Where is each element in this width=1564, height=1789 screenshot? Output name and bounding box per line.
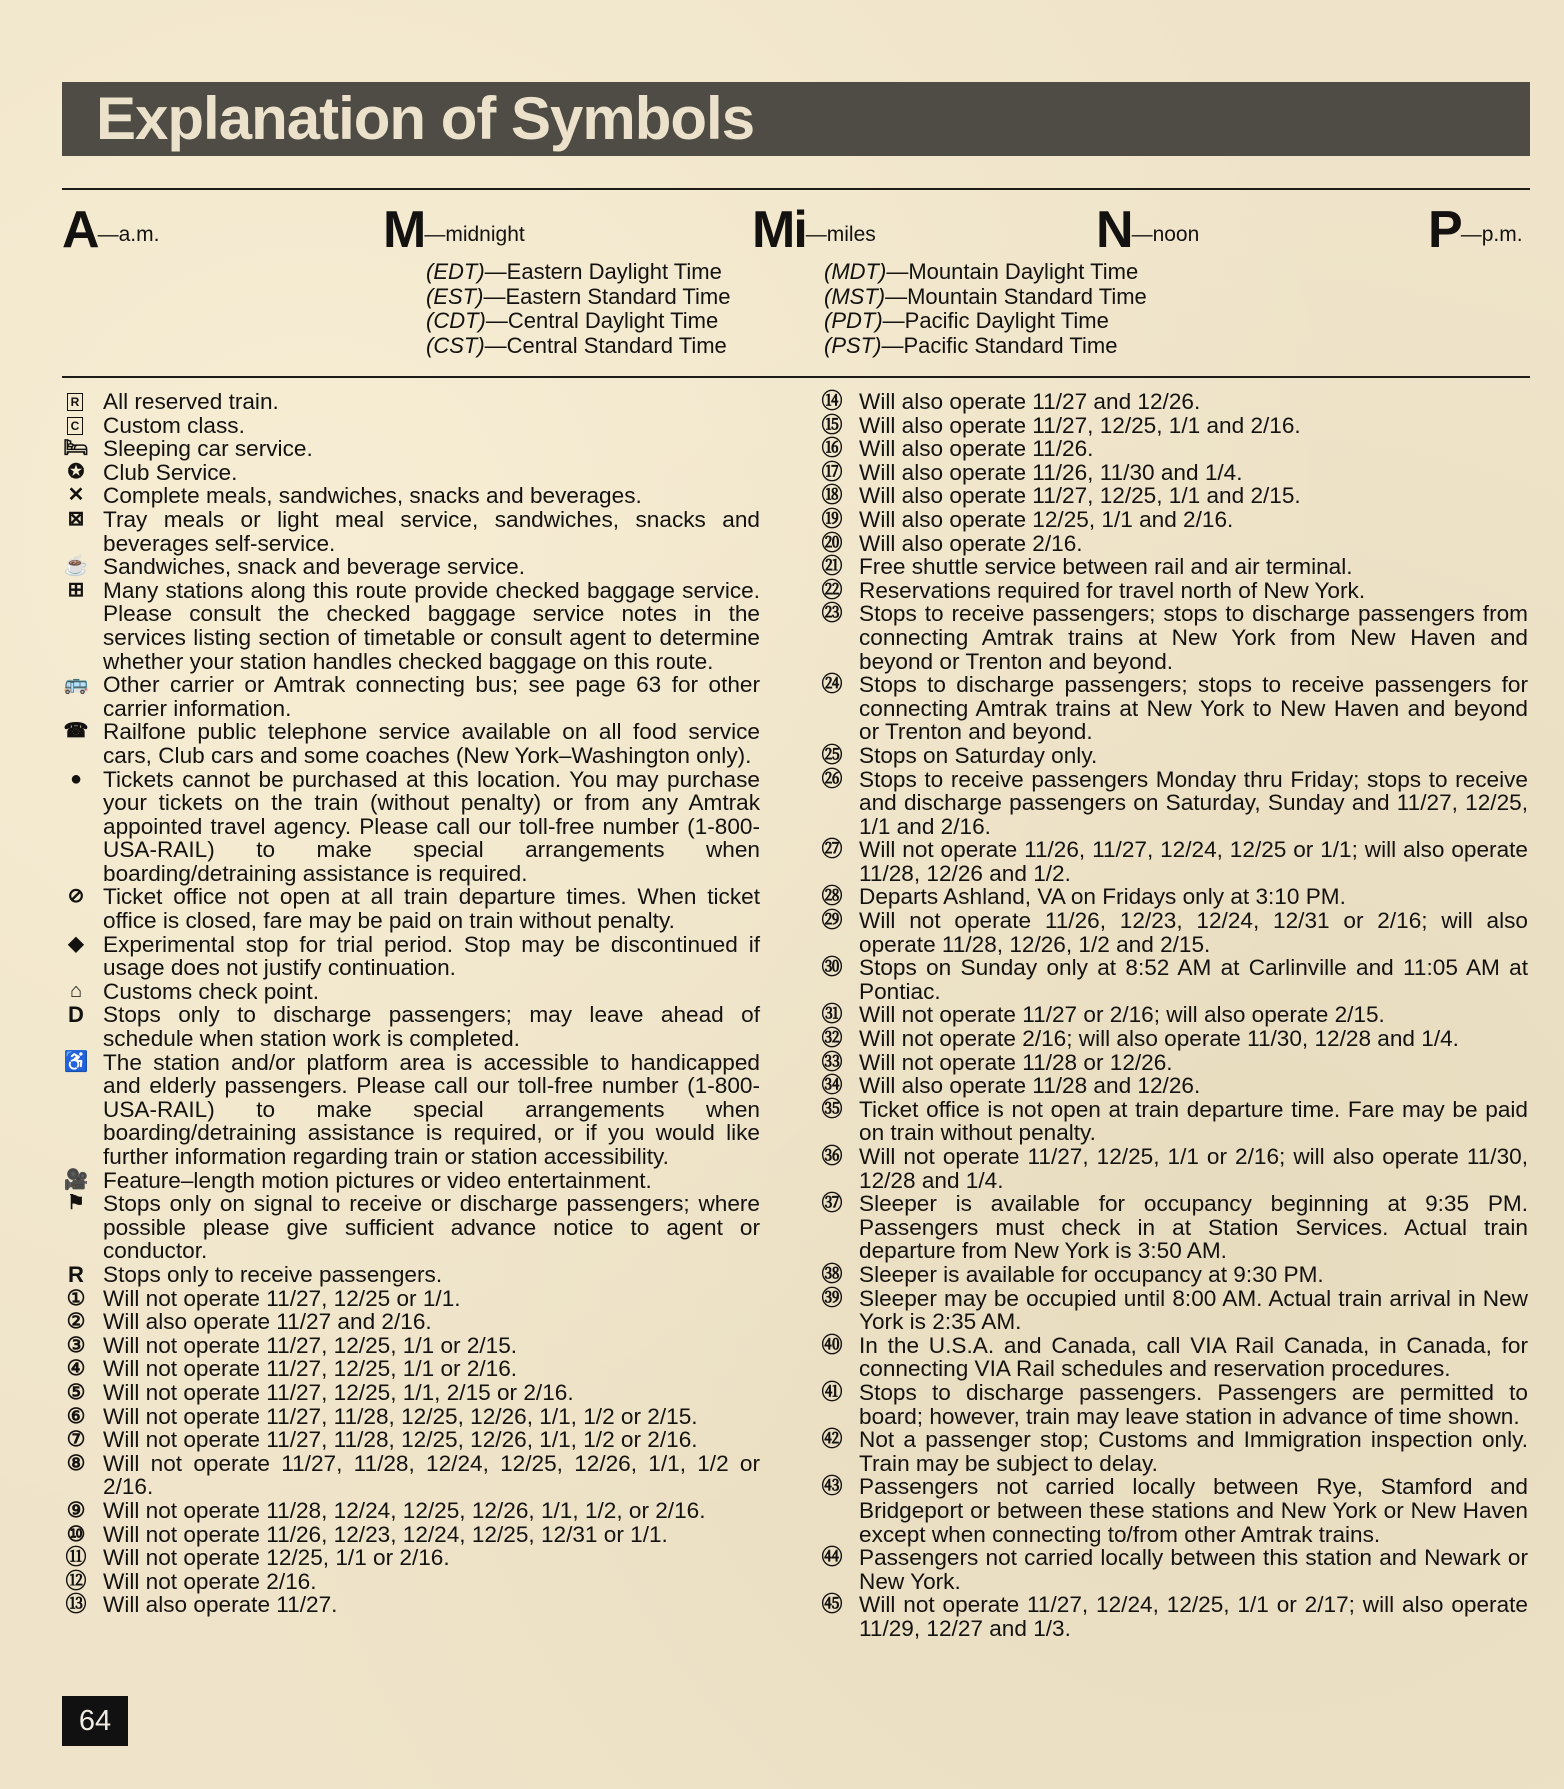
time-zone-name: —Eastern Standard Time — [483, 284, 730, 309]
symbol-entry: ♿The station and/or platform area is acc… — [62, 1051, 760, 1169]
complete-meals-icon: ✕ — [62, 484, 90, 508]
note-44-icon: ㊹ — [818, 1546, 846, 1570]
symbol-description: Will not operate 11/27, 12/25, 1/1, 2/15… — [103, 1380, 574, 1405]
bus-icon: 🚌 — [62, 673, 90, 697]
signal-flag-icon: ⚑ — [62, 1192, 90, 1216]
symbol-description: Will not operate 11/27, 12/25 or 1/1. — [103, 1286, 461, 1311]
note-39-icon: ㊴ — [818, 1287, 846, 1311]
time-zone-code: (PST) — [824, 333, 881, 358]
symbol-entry: ㉝Will not operate 11/28 or 12/26. — [818, 1051, 1528, 1075]
symbol-entry: ⊘Ticket office not open at all train dep… — [62, 885, 760, 932]
symbol-description: Railfone public telephone service availa… — [103, 719, 760, 768]
symbol-entry: ⑳Will also operate 2/16. — [818, 532, 1528, 556]
note-40-icon: ㊵ — [818, 1334, 846, 1358]
symbol-entry: ㉟Ticket office is not open at train depa… — [818, 1098, 1528, 1145]
sleeping-car-icon: 🛏 — [62, 437, 90, 461]
reserved-train-icon: R — [67, 393, 83, 411]
note-3-icon: ③ — [62, 1334, 90, 1358]
note-20-icon: ⑳ — [818, 532, 846, 556]
symbol-description: Will not operate 2/16; will also operate… — [859, 1026, 1459, 1051]
symbol-description: Sandwiches, snack and beverage service. — [103, 554, 525, 579]
symbol-entry: ⑮Will also operate 11/27, 12/25, 1/1 and… — [818, 414, 1528, 438]
time-zone-row: (MST)—Mountain Standard Time — [824, 285, 1147, 310]
note-4-icon: ④ — [62, 1357, 90, 1381]
note-25-icon: ㉕ — [818, 744, 846, 768]
symbol-description: Will also operate 11/27, 12/25, 1/1 and … — [859, 483, 1301, 508]
symbol-entry: 🚌Other carrier or Amtrak connecting bus;… — [62, 673, 760, 720]
note-26-icon: ㉖ — [818, 768, 846, 792]
customs-icon: ⌂ — [62, 980, 90, 1004]
note-7-icon: ⑦ — [62, 1428, 90, 1452]
symbol-description: The station and/or platform area is acce… — [103, 1050, 760, 1169]
note-28-icon: ㉘ — [818, 885, 846, 909]
symbol-entry: ㊱Will not operate 11/27, 12/25, 1/1 or 2… — [818, 1145, 1528, 1192]
note-13-icon: ⑬ — [62, 1593, 90, 1617]
note-24-icon: ㉔ — [818, 673, 846, 697]
symbol-description: Stops on Saturday only. — [859, 743, 1097, 768]
time-zones-eastern-central: (EDT)—Eastern Daylight Time(EST)—Eastern… — [426, 260, 730, 358]
note-6-icon: ⑥ — [62, 1405, 90, 1429]
time-zone-code: (CDT) — [426, 308, 486, 333]
symbol-description: Stops on Sunday only at 8:52 AM at Carli… — [859, 955, 1528, 1004]
symbol-description: Sleeping car service. — [103, 436, 313, 461]
symbol-entry: ③Will not operate 11/27, 12/25, 1/1 or 2… — [62, 1334, 760, 1358]
note-37-icon: ㊲ — [818, 1192, 846, 1216]
symbol-description: Will also operate 11/27, 12/25, 1/1 and … — [859, 413, 1301, 438]
symbol-entry: ⑧Will not operate 11/27, 11/28, 12/24, 1… — [62, 1452, 760, 1499]
symbol-entry: ㉜Will not operate 2/16; will also operat… — [818, 1027, 1528, 1051]
symbol-entry: ⑨Will not operate 11/28, 12/24, 12/25, 1… — [62, 1499, 760, 1523]
note-23-icon: ㉓ — [818, 602, 846, 626]
time-zone-name: —Mountain Standard Time — [885, 284, 1147, 309]
symbol-description: Ticket office is not open at train depar… — [859, 1097, 1528, 1146]
symbol-description: Will not operate 11/26, 12/23, 12/24, 12… — [859, 908, 1528, 957]
symbol-entry: ☎Railfone public telephone service avail… — [62, 720, 760, 767]
note-32-icon: ㉜ — [818, 1027, 846, 1051]
symbol-description: Will not operate 11/27, 12/25, 1/1 or 2/… — [859, 1144, 1528, 1193]
telephone-icon: ☎ — [62, 720, 90, 744]
symbol-description: Will not operate 11/27, 11/28, 12/25, 12… — [103, 1427, 698, 1452]
symbol-entry: ⑤Will not operate 11/27, 12/25, 1/1, 2/1… — [62, 1381, 760, 1405]
sandwich-snack-icon: ☕ — [62, 555, 90, 579]
time-zone-row: (CST)—Central Standard Time — [426, 334, 730, 359]
symbol-entry: ㊸Passengers not carried locally between … — [818, 1475, 1528, 1546]
symbol-entry: ⑩Will not operate 11/26, 12/23, 12/24, 1… — [62, 1523, 760, 1547]
symbol-entry: ㉒Reservations required for travel north … — [818, 579, 1528, 603]
symbol-entry: ㉚Stops on Sunday only at 8:52 AM at Carl… — [818, 956, 1528, 1003]
symbol-description: Not a passenger stop; Customs and Immigr… — [859, 1427, 1528, 1476]
symbol-entry: ㊹Passengers not carried locally between … — [818, 1546, 1528, 1593]
note-16-icon: ⑯ — [818, 437, 846, 461]
symbol-entry: 🎥Feature–length motion pictures or video… — [62, 1169, 760, 1193]
time-zone-row: (PST)—Pacific Standard Time — [824, 334, 1147, 359]
symbol-entry: ㉖Stops to receive passengers Monday thru… — [818, 768, 1528, 839]
symbol-entry: 🛏Sleeping car service. — [62, 437, 760, 461]
note-42-icon: ㊷ — [818, 1428, 846, 1452]
note-5-icon: ⑤ — [62, 1381, 90, 1405]
symbol-description: Customs check point. — [103, 979, 319, 1004]
time-zone-row: (CDT)—Central Daylight Time — [426, 309, 730, 334]
symbol-description: Many stations along this route provide c… — [103, 578, 760, 674]
abbr-midnight: M—midnight — [383, 204, 525, 254]
note-18-icon: ⑱ — [818, 484, 846, 508]
abbr-miles: Mi—miles — [752, 204, 876, 254]
movie-camera-icon: 🎥 — [62, 1169, 90, 1193]
symbol-entry: ⑭Will also operate 11/27 and 12/26. — [818, 390, 1528, 414]
abbr-pm: P—p.m. — [1428, 204, 1523, 254]
symbol-description: In the U.S.A. and Canada, call VIA Rail … — [859, 1333, 1528, 1382]
note-29-icon: ㉙ — [818, 909, 846, 933]
symbol-description: Will not operate 11/27 or 2/16; will als… — [859, 1002, 1385, 1027]
note-12-icon: ⑫ — [62, 1570, 90, 1594]
symbol-description: Stops to receive passengers; stops to di… — [859, 601, 1528, 673]
symbol-description: Tickets cannot be purchased at this loca… — [103, 767, 760, 886]
ticket-office-icon: ⊘ — [62, 885, 90, 909]
symbol-description: Will not operate 11/27, 12/25, 1/1 or 2/… — [103, 1333, 517, 1358]
symbol-description: Will also operate 11/27. — [103, 1592, 337, 1617]
symbol-description: Stops to discharge passengers; stops to … — [859, 672, 1528, 744]
symbol-description: Will also operate 11/28 and 12/26. — [859, 1073, 1200, 1098]
tray-meals-icon: ⊠ — [62, 508, 90, 532]
symbol-entry: ㉙Will not operate 11/26, 12/23, 12/24, 1… — [818, 909, 1528, 956]
time-zone-name: —Pacific Daylight Time — [883, 308, 1109, 333]
symbol-description: Will also operate 2/16. — [859, 531, 1083, 556]
symbol-entry: ⑪Will not operate 12/25, 1/1 or 2/16. — [62, 1546, 760, 1570]
time-zone-code: (PDT) — [824, 308, 883, 333]
symbol-entry: ㉗Will not operate 11/26, 11/27, 12/24, 1… — [818, 838, 1528, 885]
symbol-entry: ⑯Will also operate 11/26. — [818, 437, 1528, 461]
symbol-description: Stops to discharge passengers. Passenger… — [859, 1380, 1528, 1429]
symbol-entry: ⊞Many stations along this route provide … — [62, 579, 760, 673]
time-zone-row: (PDT)—Pacific Daylight Time — [824, 309, 1147, 334]
note-33-icon: ㉝ — [818, 1051, 846, 1075]
symbol-description: Stops only to discharge passengers; may … — [103, 1002, 760, 1051]
symbol-entry: ㊳Sleeper is available for occupancy at 9… — [818, 1263, 1528, 1287]
symbol-entry: ④Will not operate 11/27, 12/25, 1/1 or 2… — [62, 1357, 760, 1381]
symbol-description: Sleeper may be occupied until 8:00 AM. A… — [859, 1286, 1528, 1335]
time-zone-row: (EDT)—Eastern Daylight Time — [426, 260, 730, 285]
abbr-am: A—a.m. — [62, 204, 159, 254]
symbol-entry: ⑫Will not operate 2/16. — [62, 1570, 760, 1594]
time-zone-row: (EST)—Eastern Standard Time — [426, 285, 730, 310]
title-banner: Explanation of Symbols — [62, 82, 1530, 156]
symbol-description: Will not operate 11/27, 12/25, 1/1 or 2/… — [103, 1356, 517, 1381]
symbol-description: Will also operate 11/27 and 12/26. — [859, 389, 1200, 414]
time-zone-name: —Central Daylight Time — [486, 308, 718, 333]
symbol-entry: ⑱Will also operate 11/27, 12/25, 1/1 and… — [818, 484, 1528, 508]
accessible-icon: ♿ — [62, 1051, 90, 1075]
symbol-entry: ㊺Will not operate 11/27, 12/24, 12/25, 1… — [818, 1593, 1528, 1640]
note-21-icon: ㉑ — [818, 555, 846, 579]
symbol-entry: ㉔Stops to discharge passengers; stops to… — [818, 673, 1528, 744]
symbol-description: Will not operate 2/16. — [103, 1569, 317, 1594]
discharge-letter-icon: D — [62, 1003, 90, 1027]
symbol-description: Sleeper is available for occupancy at 9:… — [859, 1262, 1324, 1287]
note-43-icon: ㊸ — [818, 1475, 846, 1499]
note-1-icon: ① — [62, 1287, 90, 1311]
symbol-description: Will not operate 11/26, 11/27, 12/24, 12… — [859, 837, 1528, 886]
symbol-description: Departs Ashland, VA on Fridays only at 3… — [859, 884, 1346, 909]
time-zone-code: (CST) — [426, 333, 485, 358]
symbol-description: Will not operate 11/27, 11/28, 12/24, 12… — [103, 1451, 760, 1500]
time-zone-name: —Central Standard Time — [485, 333, 727, 358]
divider-bottom — [62, 376, 1530, 378]
note-34-icon: ㉞ — [818, 1074, 846, 1098]
symbol-description: Passengers not carried locally between R… — [859, 1474, 1528, 1546]
receive-letter-icon: R — [62, 1263, 90, 1287]
diamond-icon: ◆ — [62, 933, 90, 957]
symbol-description: Free shuttle service between rail and ai… — [859, 554, 1353, 579]
symbol-description: Stops to receive passengers Monday thru … — [859, 767, 1528, 839]
symbol-description: Feature–length motion pictures or video … — [103, 1168, 652, 1193]
note-11-icon: ⑪ — [62, 1546, 90, 1570]
divider-top — [62, 188, 1530, 190]
symbols-list-right: ⑭Will also operate 11/27 and 12/26.⑮Will… — [818, 390, 1528, 1640]
symbol-description: Will not operate 12/25, 1/1 or 2/16. — [103, 1545, 450, 1570]
symbol-entry: ⑥Will not operate 11/27, 11/28, 12/25, 1… — [62, 1405, 760, 1429]
symbol-entry: ⑰Will also operate 11/26, 11/30 and 1/4. — [818, 461, 1528, 485]
page-title: Explanation of Symbols — [96, 84, 754, 154]
symbol-description: Tray meals or light meal service, sandwi… — [103, 507, 760, 556]
time-zone-name: —Pacific Standard Time — [881, 333, 1117, 358]
note-9-icon: ⑨ — [62, 1499, 90, 1523]
symbol-description: Experimental stop for trial period. Stop… — [103, 932, 760, 981]
note-27-icon: ㉗ — [818, 838, 846, 862]
symbol-entry: ☕Sandwiches, snack and beverage service. — [62, 555, 760, 579]
club-service-icon: ✪ — [62, 461, 90, 485]
symbol-description: Will also operate 11/27 and 2/16. — [103, 1309, 432, 1334]
note-41-icon: ㊶ — [818, 1381, 846, 1405]
symbol-entry: ㉑Free shuttle service between rail and a… — [818, 555, 1528, 579]
time-zone-row: (MDT)—Mountain Daylight Time — [824, 260, 1147, 285]
time-zone-code: (MST) — [824, 284, 885, 309]
symbol-description: Sleeper is available for occupancy begin… — [859, 1191, 1528, 1263]
symbol-entry: ◆Experimental stop for trial period. Sto… — [62, 933, 760, 980]
symbol-description: Reservations required for travel north o… — [859, 578, 1365, 603]
symbol-entry: ✪Club Service. — [62, 461, 760, 485]
time-zone-code: (MDT) — [824, 259, 886, 284]
note-10-icon: ⑩ — [62, 1523, 90, 1547]
symbol-entry: ㊷Not a passenger stop; Customs and Immig… — [818, 1428, 1528, 1475]
note-8-icon: ⑧ — [62, 1452, 90, 1476]
note-38-icon: ㊳ — [818, 1263, 846, 1287]
symbol-description: Will not operate 11/27, 11/28, 12/25, 12… — [103, 1404, 698, 1429]
time-zone-code: (EDT) — [426, 259, 485, 284]
symbol-entry: ⊠Tray meals or light meal service, sandw… — [62, 508, 760, 555]
symbol-entry: ②Will also operate 11/27 and 2/16. — [62, 1310, 760, 1334]
note-19-icon: ⑲ — [818, 508, 846, 532]
symbol-entry: ⑬Will also operate 11/27. — [62, 1593, 760, 1617]
note-22-icon: ㉒ — [818, 579, 846, 603]
symbol-description: Passengers not carried locally between t… — [859, 1545, 1528, 1594]
symbol-description: Will also operate 12/25, 1/1 and 2/16. — [859, 507, 1233, 532]
symbol-description: Will not operate 11/28 or 12/26. — [859, 1050, 1173, 1075]
symbol-description: Custom class. — [103, 413, 245, 438]
checked-baggage-icon: ⊞ — [62, 579, 90, 603]
note-45-icon: ㊺ — [818, 1593, 846, 1617]
symbol-description: Will also operate 11/26, 11/30 and 1/4. — [859, 460, 1243, 485]
abbr-noon: N—noon — [1096, 204, 1199, 254]
bullet-icon: ● — [62, 768, 90, 792]
symbol-description: Stops only to receive passengers. — [103, 1262, 442, 1287]
custom-class-icon: C — [67, 417, 83, 435]
symbol-description: Stops only on signal to receive or disch… — [103, 1191, 760, 1263]
symbol-entry: ⚑Stops only on signal to receive or disc… — [62, 1192, 760, 1263]
note-36-icon: ㊱ — [818, 1145, 846, 1169]
note-17-icon: ⑰ — [818, 461, 846, 485]
symbol-entry: RStops only to receive passengers. — [62, 1263, 760, 1287]
time-zone-name: —Mountain Daylight Time — [886, 259, 1138, 284]
symbol-entry: CCustom class. — [62, 414, 760, 438]
symbol-entry: ㊶Stops to discharge passengers. Passenge… — [818, 1381, 1528, 1428]
note-35-icon: ㉟ — [818, 1098, 846, 1122]
symbol-description: Complete meals, sandwiches, snacks and b… — [103, 483, 642, 508]
symbol-entry: ㉘Departs Ashland, VA on Fridays only at … — [818, 885, 1528, 909]
symbol-entry: ⑲Will also operate 12/25, 1/1 and 2/16. — [818, 508, 1528, 532]
symbol-entry: ㊴Sleeper may be occupied until 8:00 AM. … — [818, 1287, 1528, 1334]
symbol-entry: ✕Complete meals, sandwiches, snacks and … — [62, 484, 760, 508]
note-15-icon: ⑮ — [818, 414, 846, 438]
time-zone-name: —Eastern Daylight Time — [485, 259, 722, 284]
symbol-entry: ㊵In the U.S.A. and Canada, call VIA Rail… — [818, 1334, 1528, 1381]
symbol-entry: ●Tickets cannot be purchased at this loc… — [62, 768, 760, 886]
symbol-description: Will not operate 11/26, 12/23, 12/24, 12… — [103, 1522, 668, 1547]
note-2-icon: ② — [62, 1310, 90, 1334]
symbol-entry: ㉞Will also operate 11/28 and 12/26. — [818, 1074, 1528, 1098]
symbol-description: Will not operate 11/28, 12/24, 12/25, 12… — [103, 1498, 706, 1523]
symbol-entry: ㉛Will not operate 11/27 or 2/16; will al… — [818, 1003, 1528, 1027]
note-30-icon: ㉚ — [818, 956, 846, 980]
page-number: 64 — [62, 1696, 128, 1746]
symbol-description: Ticket office not open at all train depa… — [103, 884, 760, 933]
symbol-description: Will not operate 11/27, 12/24, 12/25, 1/… — [859, 1592, 1528, 1641]
symbol-description: All reserved train. — [103, 389, 279, 414]
symbol-description: Club Service. — [103, 460, 237, 485]
note-14-icon: ⑭ — [818, 390, 846, 414]
symbol-entry: ①Will not operate 11/27, 12/25 or 1/1. — [62, 1287, 760, 1311]
symbol-entry: ㉕Stops on Saturday only. — [818, 744, 1528, 768]
time-zone-code: (EST) — [426, 284, 483, 309]
symbol-entry: RAll reserved train. — [62, 390, 760, 414]
symbol-entry: DStops only to discharge passengers; may… — [62, 1003, 760, 1050]
symbol-entry: ⌂Customs check point. — [62, 980, 760, 1004]
symbol-entry: ㊲Sleeper is available for occupancy begi… — [818, 1192, 1528, 1263]
symbol-entry: ⑦Will not operate 11/27, 11/28, 12/25, 1… — [62, 1428, 760, 1452]
symbols-list-left: RAll reserved train.CCustom class.🛏Sleep… — [62, 390, 760, 1617]
symbol-description: Other carrier or Amtrak connecting bus; … — [103, 672, 760, 721]
note-31-icon: ㉛ — [818, 1003, 846, 1027]
symbol-entry: ㉓Stops to receive passengers; stops to d… — [818, 602, 1528, 673]
time-zones-mountain-pacific: (MDT)—Mountain Daylight Time(MST)—Mounta… — [824, 260, 1147, 358]
symbol-description: Will also operate 11/26. — [859, 436, 1093, 461]
